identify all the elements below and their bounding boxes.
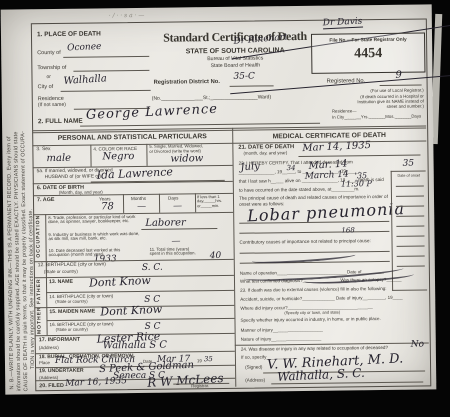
local-registrar-note2: (If death occurred in a Hospital or Inst… bbox=[354, 94, 424, 109]
mother-name-value: Dont Know bbox=[100, 304, 162, 318]
attended-to-year: 35 bbox=[403, 160, 415, 169]
full-name-label: 2. FULL NAME bbox=[38, 118, 83, 126]
s5a-value: Ida Lawrence bbox=[96, 166, 173, 181]
mother-name-label: 15. MAIDEN NAME bbox=[49, 309, 95, 315]
county-label: County of bbox=[37, 50, 61, 56]
age-days-value: — bbox=[173, 202, 182, 211]
age-months-header: Months bbox=[131, 196, 146, 201]
manner-injury-label: Manner of injury____________________ bbox=[241, 327, 323, 333]
industry-label: 9. Industry or business in which work wa… bbox=[48, 231, 144, 242]
sex-label: 3. Sex bbox=[36, 147, 50, 153]
cell-divider bbox=[123, 194, 124, 213]
father-name-value: Dont Know bbox=[89, 275, 151, 289]
specify-city-label: (Specify city or town, and state) bbox=[284, 311, 340, 316]
if-not-same-label: (If not same) bbox=[38, 103, 66, 109]
birthplace-label: 12. BIRTHPLACE (city or town) bbox=[38, 262, 106, 268]
scanned-death-certificate: N. B.—WRITE PLAINLY, WITH UNFADING INK—T… bbox=[0, 0, 450, 417]
pencil-marks: · / · · s a · — bbox=[109, 13, 145, 19]
file-number: 4454 bbox=[312, 46, 424, 63]
industry-value: — bbox=[171, 237, 180, 246]
registered-no-value: 9 bbox=[395, 71, 401, 81]
date-of-death-sub: (month, day, and year) bbox=[243, 151, 287, 156]
attended-from-year: 34 bbox=[287, 165, 296, 172]
trade-label: 8. Trade, profession, or particular kind… bbox=[48, 214, 144, 225]
cause-code-value: 168 bbox=[341, 227, 354, 234]
registrar-label: Registrar. bbox=[191, 384, 209, 389]
age-label: 7. AGE bbox=[37, 197, 55, 203]
date-of-onset-header: Date of onset bbox=[392, 173, 426, 178]
cell-divider bbox=[159, 194, 160, 213]
dr-davis-note: Dr Davis bbox=[323, 18, 363, 30]
mother-birthplace-sub: (State or country) bbox=[56, 328, 88, 333]
burial-place-label: Place bbox=[39, 361, 50, 366]
place-of-death-label: 1. PLACE OF DEATH bbox=[37, 30, 101, 38]
attended-from-value: July bbox=[240, 162, 260, 174]
death-time-value: 11:30 P bbox=[341, 180, 372, 188]
burial-year-printed: 19 bbox=[197, 359, 202, 364]
total-time-label: 11. Total time (years) spent in this occ… bbox=[150, 247, 198, 257]
occupation-related-value: No bbox=[411, 340, 424, 349]
burial-year-value: 35 bbox=[204, 356, 213, 363]
file-box-title: File No.—For State Registrar Only bbox=[312, 37, 424, 44]
father-name-label: 13. NAME bbox=[49, 280, 73, 286]
birthplace-sub: (State or country) bbox=[44, 269, 78, 274]
county-value: Oconee bbox=[67, 43, 102, 54]
nature-injury-label: Nature of injury____________________ bbox=[241, 336, 322, 342]
filed-label: 20. FILED bbox=[39, 382, 64, 388]
race-value: Negro bbox=[102, 152, 134, 162]
physician-address-label: (Address) bbox=[245, 377, 265, 382]
birthplace-value: S. C. bbox=[142, 264, 163, 273]
reg-district-label: Registration District No. bbox=[154, 79, 220, 86]
city-label: City of bbox=[38, 84, 54, 90]
undertaker-label: 19. UNDERTAKER bbox=[39, 369, 84, 375]
informant-address-label: (Address) bbox=[39, 345, 59, 350]
s5a-label-2: HUSBAND of (or WIFE of) bbox=[45, 174, 101, 180]
file-number-box: File No.—For State Registrar Only 4454 bbox=[311, 32, 425, 73]
signed-label: (Signed) bbox=[245, 364, 262, 369]
certificate-paper: N. B.—WRITE PLAINLY, WITH UNFADING INK—T… bbox=[1, 4, 437, 394]
age-note: If less than 1 day,_____hrs. or_____min. bbox=[197, 195, 232, 209]
registered-no-label: Registered No. bbox=[327, 78, 366, 85]
or-label: or bbox=[46, 75, 51, 81]
age-days-header: Days bbox=[168, 195, 179, 200]
marital-value: widow bbox=[170, 154, 203, 164]
father-birthplace-sub: (State or country) bbox=[55, 300, 87, 305]
occupation-side-label: OCCUPATION bbox=[35, 206, 42, 266]
age-months-value: — bbox=[137, 203, 146, 212]
township-label: Township of bbox=[37, 65, 66, 72]
trade-value: Laborer bbox=[145, 218, 186, 228]
informant-label: 17. INFORMANT bbox=[39, 337, 80, 344]
sex-value: male bbox=[46, 154, 71, 164]
informant-address-value: Walhalla S C bbox=[103, 341, 167, 352]
age-years-value: 78 bbox=[101, 202, 114, 212]
